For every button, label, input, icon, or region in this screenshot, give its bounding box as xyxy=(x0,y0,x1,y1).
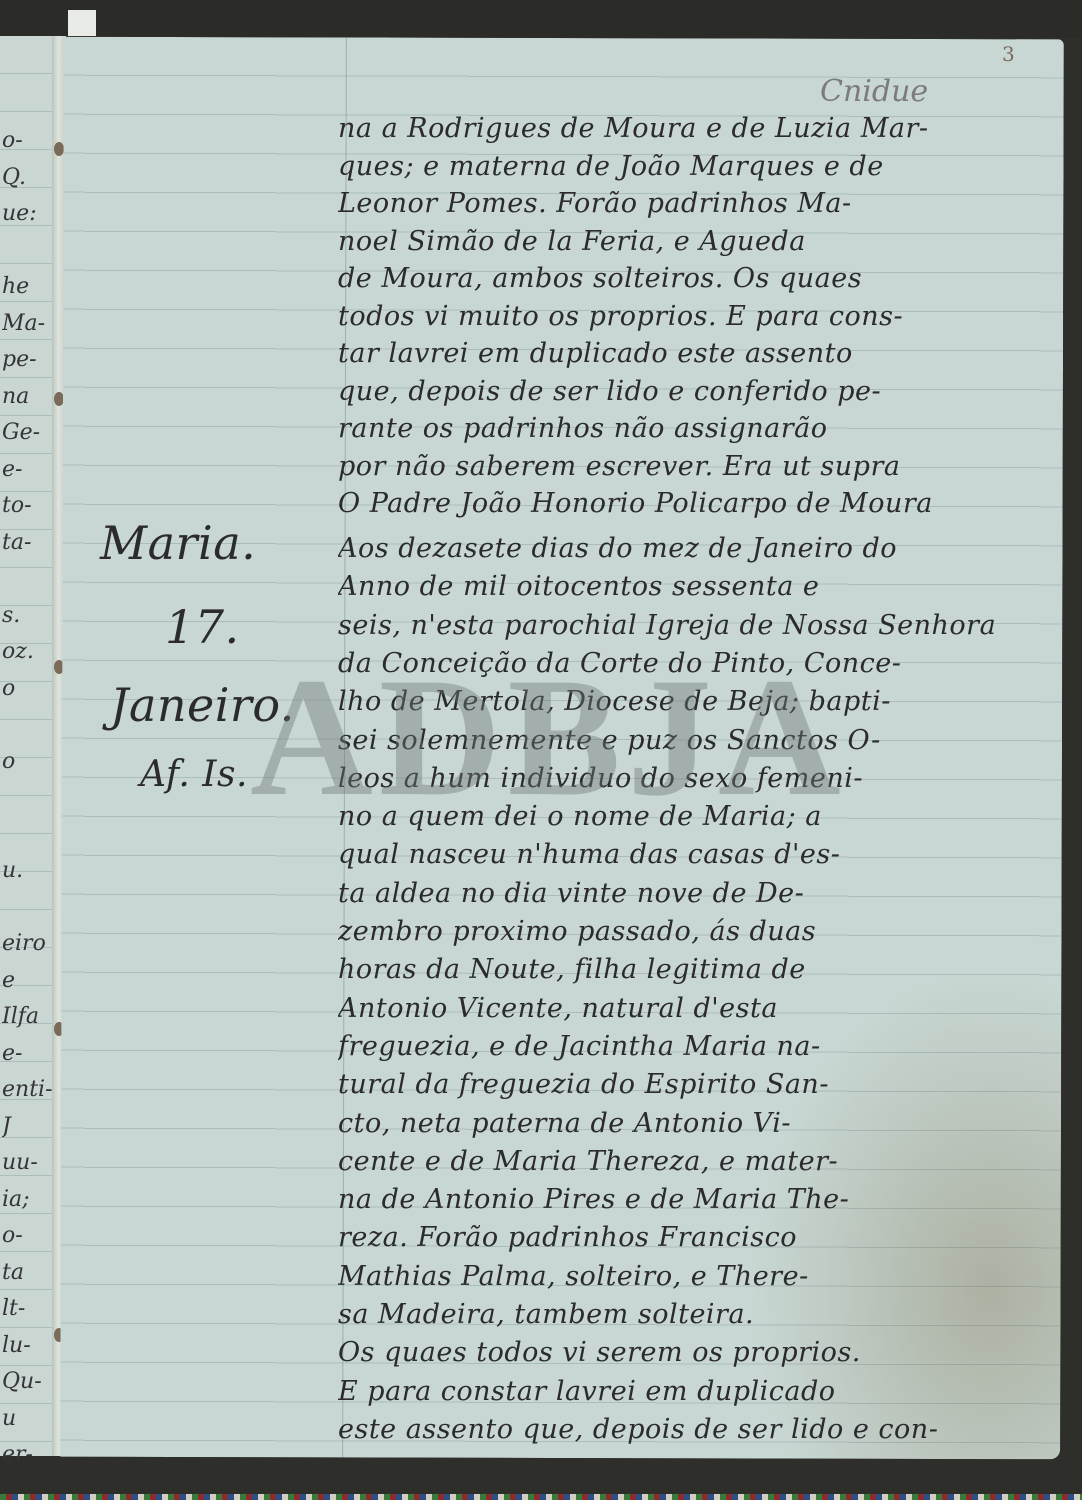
text-line: freguezia, e de Jacintha Maria na- xyxy=(338,1028,1028,1066)
text-line: na de Antonio Pires e de Maria The- xyxy=(338,1181,1028,1219)
text-line: sei solemnemente e puz os Sanctos O- xyxy=(338,722,1028,760)
facing-page-fragment: s. xyxy=(2,601,54,631)
text-line: E para constar lavrei em duplicado xyxy=(338,1373,1028,1411)
text-line: de Moura, ambos solteiros. Os quaes xyxy=(338,260,1028,298)
facing-page-fragment: e xyxy=(2,966,54,996)
text-line: noel Simão de la Feria, e Agueda xyxy=(338,223,1028,261)
facing-page-fragment: lu- xyxy=(2,1331,54,1361)
text-line: leos a hum individuo do sexo femeni- xyxy=(338,760,1028,798)
facing-page-fragment: enti- xyxy=(2,1075,54,1105)
margin-entry-month: Janeiro. xyxy=(110,678,295,732)
facing-page-fragment: J xyxy=(2,1112,54,1142)
calibration-tab xyxy=(68,10,96,36)
text-line: cto, neta paterna de Antonio Vi- xyxy=(338,1105,1028,1143)
text-line: horas da Noute, filha legitima de xyxy=(338,951,1028,989)
color-calibration-strip xyxy=(0,1494,1082,1500)
facing-page-fragment: eiro xyxy=(2,929,54,959)
text-line: cente e de Maria Thereza, e mater- xyxy=(338,1143,1028,1181)
facing-page-fragment: u xyxy=(2,1404,54,1434)
facing-page-fragment: Ge- xyxy=(2,418,54,448)
facing-page-fragment: lt- xyxy=(2,1294,54,1324)
facing-page-fragment: ta- xyxy=(2,528,54,558)
text-line: tural da freguezia do Espirito San- xyxy=(338,1066,1028,1104)
facing-page-fragment: na xyxy=(2,382,54,412)
facing-page-fragment: Ma- xyxy=(2,309,54,339)
text-line: O Padre João Honorio Policarpo de Moura xyxy=(338,485,1028,523)
facing-page-fragment: ta xyxy=(2,1258,54,1288)
text-line: sa Madeira, tambem solteira. xyxy=(338,1296,1028,1334)
text-line: ques; e materna de João Marques e de xyxy=(338,148,1028,186)
scanner-backdrop xyxy=(0,0,1082,38)
page-number: 3 xyxy=(1002,42,1015,66)
text-line: rante os padrinhos não assignarão xyxy=(338,410,1028,448)
text-line: qual nasceu n'huma das casas d'es- xyxy=(338,836,1028,874)
facing-page-fragment: Q. xyxy=(2,163,54,193)
text-line: Leonor Pomes. Forão padrinhos Ma- xyxy=(338,185,1028,223)
text-line: Mathias Palma, solteiro, e There- xyxy=(338,1258,1028,1296)
text-line: tar lavrei em duplicado este assento xyxy=(338,335,1028,373)
text-line: por não saberem escrever. Era ut supra xyxy=(338,448,1028,486)
facing-page-fragment: to- xyxy=(2,491,54,521)
facing-page-fragment: uu- xyxy=(2,1148,54,1178)
text-line: seis, n'esta parochial Igreja de Nossa S… xyxy=(338,607,1028,645)
facing-page-fragment: er- xyxy=(2,1440,54,1470)
facing-page-fragment: he xyxy=(2,272,54,302)
margin-entry-name: Maria. xyxy=(100,516,256,570)
facing-page-fragment: Qu- xyxy=(2,1367,54,1397)
text-line: Antonio Vicente, natural d'esta xyxy=(338,990,1028,1028)
facing-page-fragment: ue: xyxy=(2,199,54,229)
text-line: ta aldea no dia vinte nove de De- xyxy=(338,875,1028,913)
facing-page-fragment: o xyxy=(2,674,54,704)
binding-stitch-icon xyxy=(54,142,64,156)
facing-page-fragment: e- xyxy=(2,1039,54,1069)
facing-page-fragment: o xyxy=(2,747,54,777)
text-line: Anno de mil oitocentos sessenta e xyxy=(338,568,1028,606)
text-line: todos vi muito os proprios. E para cons- xyxy=(338,298,1028,336)
facing-page-fragment: pe- xyxy=(2,345,54,375)
margin-entry-day: 17. xyxy=(165,600,240,654)
text-line: Os quaes todos vi serem os proprios. xyxy=(338,1334,1028,1372)
text-line: que, depois de ser lido e conferido pe- xyxy=(338,373,1028,411)
text-line: lho de Mertola, Diocese de Beja; bapti- xyxy=(338,683,1028,721)
text-line: no a quem dei o nome de Maria; a xyxy=(338,798,1028,836)
facing-page-fragment: u. xyxy=(2,856,54,886)
text-line: da Conceição da Corte do Pinto, Conce- xyxy=(338,645,1028,683)
facing-page-fragment: Ilfa xyxy=(2,1002,54,1032)
pencil-annotation: Cnidue xyxy=(820,74,928,109)
margin-entry-folio: Af. Is. xyxy=(140,748,248,802)
facing-page-fragment: o- xyxy=(2,1221,54,1251)
facing-page-fragment: o- xyxy=(2,126,54,156)
facing-page-fragment: ia; xyxy=(2,1185,54,1215)
text-line: zembro proximo passado, ás duas xyxy=(338,913,1028,951)
text-line: este assento que, depois de ser lido e c… xyxy=(338,1411,1028,1449)
text-line: na a Rodrigues de Moura e de Luzia Mar- xyxy=(338,110,1028,148)
facing-page-fragment: oz. xyxy=(2,637,54,667)
text-line: Aos dezasete dias do mez de Janeiro do xyxy=(338,530,1028,568)
text-line: reza. Forão padrinhos Francisco xyxy=(338,1219,1028,1257)
facing-page-fragment: e- xyxy=(2,455,54,485)
